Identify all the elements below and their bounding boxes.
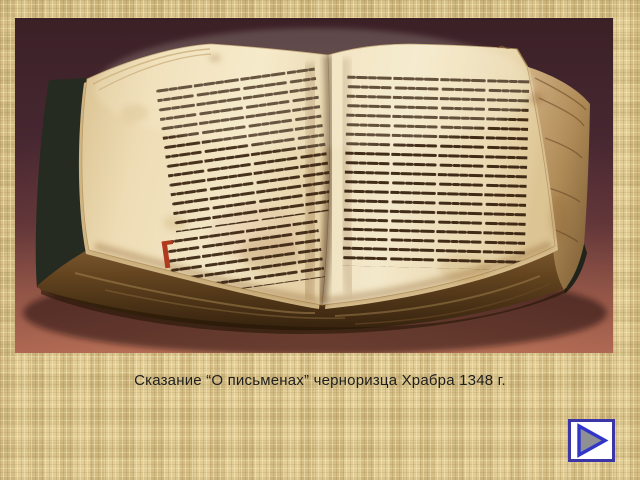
open-book-illustration <box>15 18 613 353</box>
caption: Сказание “О письменах” черноризца Храбра… <box>0 371 640 390</box>
next-arrow-icon <box>571 422 612 459</box>
next-slide-button[interactable] <box>568 419 615 462</box>
slide-background: Сказание “О письменах” черноризца Храбра… <box>0 0 640 480</box>
manuscript-photo <box>15 18 613 353</box>
page-highlight <box>95 28 535 148</box>
